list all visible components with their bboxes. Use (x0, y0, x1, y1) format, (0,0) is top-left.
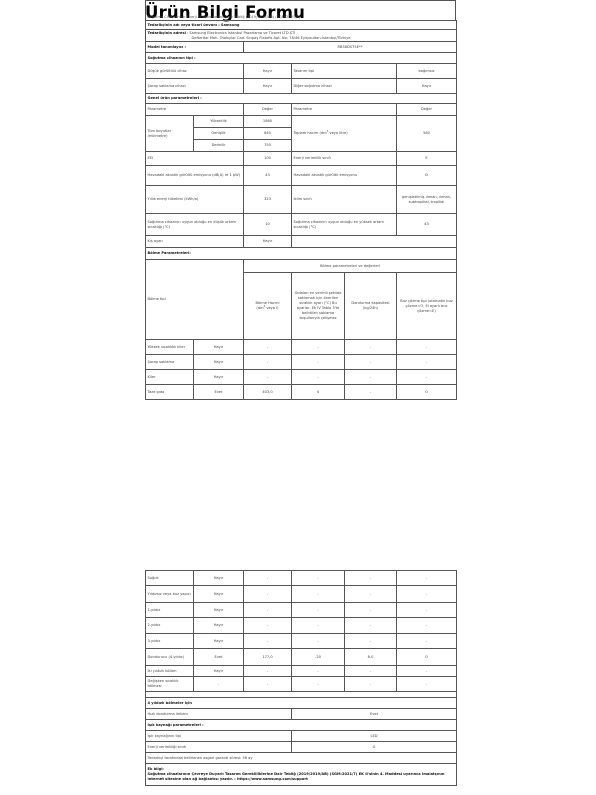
supplier-address-label: Tedarikçinin adresi (148, 31, 186, 35)
total-volume-value: 580 (397, 116, 457, 152)
model-value: RB58DS75E** (244, 42, 457, 53)
compartment-row: Kiler Hayır - - - - (146, 370, 457, 385)
page-subtitle: Soğutma Cihazlarının Enerji Etiketlemesi… (147, 15, 300, 19)
light-class-label: Enerji verimliliği sınıfı (146, 742, 292, 753)
general-param-row: Havadaki akustik gürültü emisyonu (dB(A)… (146, 166, 457, 186)
compartments-heading: Bölme Parametreleri: (146, 248, 457, 260)
dimensions-label: Tüm boyutlar (milimetre) (146, 116, 194, 152)
compartment-row: 3-yıldız Hayır - - - - (146, 634, 457, 649)
compartment-row: İki yıldızlı bölüm Hayır - - - - (146, 666, 457, 677)
supplier-address: Tedarikçinin adresi : Samsung Electronic… (146, 30, 457, 42)
light-heading: Işık kaynağı parametreleri : (146, 720, 457, 731)
appliance-type-row: Düşük gürültülü cihaz Hayır Tasarım tipi… (146, 64, 457, 79)
compartment-row: Yıldızsız veya buz yapıcı Hayır - - - - (146, 586, 457, 603)
general-param-row: Soğutma cihazının uygun olduğu en düşük … (146, 214, 457, 236)
compartment-group-label: Bölme parametreleri ve değerleri (244, 260, 457, 273)
compartment-row: Değişken sıcaklık bölmesi - - - - - (146, 677, 457, 692)
model-label: Model tanımlayıcı : (146, 42, 244, 53)
extra-info-text: Soğutma cihazlarının Çevreye Duyarlı Tas… (148, 772, 455, 782)
light-type-value: LED (292, 731, 457, 742)
supplier-address-line1: : Samsung Electronics İstanbul Pazarlama… (187, 31, 295, 35)
total-volume-label: Toplam hacim (dm3 veya litre) (292, 116, 397, 152)
fast-freeze-label: Hızlı dondurma imkanı (146, 709, 292, 720)
general-params-heading: Genel ürün parametreleri : (146, 94, 457, 104)
general-param-row: Kış ayarı Hayır (146, 236, 457, 248)
compartment-row: Soğuk Hayır - - - - (146, 571, 457, 586)
light-class-value: G (292, 742, 457, 753)
compartment-row: Dondurucu (4-yıldız) Evet 177,0 -20 8,0 … (146, 649, 457, 666)
supplier-address-line2: Defterdar Mah. Otakçılar Cad. Sinpaş Fla… (148, 36, 351, 40)
appliance-type-row: Şarap saklama cihazı Hayır Diğer soğutma… (146, 79, 457, 94)
general-params-header-row: Parametre Değer Parametre Değer (146, 104, 457, 116)
compartment-type-label: Bölme tipi (146, 260, 244, 340)
four-star-heading: 4 yıldızlı bölmeler için (146, 698, 457, 709)
compartment-row: 1-yıldız Hayır - - - - (146, 603, 457, 618)
appliance-type-heading: Soğutma cihazının tipi : (146, 53, 457, 64)
compartment-row: Şarap saklama Hayır - - - - (146, 355, 457, 370)
compartment-row: Yüksek sıcaklıklı kiler Hayır - - - - (146, 340, 457, 355)
product-info-table-page1: Tedarikçinin adı veya ticari ünvanı : Sa… (145, 20, 457, 400)
fast-freeze-value: Evet (292, 709, 457, 720)
compartment-row: 2-yıldız Hayır - - - - (146, 618, 457, 634)
product-info-table-page2: Soğuk Hayır - - - - Yıldızsız veya buz y… (145, 570, 457, 786)
extra-info: Ek bilgi: Soğutma cihazlarının Çevreye D… (146, 764, 457, 786)
general-param-row: EEI 100 Enerji verimlilik sınıfı E (146, 152, 457, 166)
general-param-row: Yıllık enerji tüketimi (kWh/a) 323 İklim… (146, 186, 457, 214)
compartment-row: Taze gıda Evet 403,0 4 - O (146, 385, 457, 400)
warranty-text: Tedarikçi tarafından belirlenen asgari g… (146, 753, 457, 764)
light-type-label: Işık kaynağının tipi (146, 731, 292, 742)
supplier-name: Tedarikçinin adı veya ticari ünvanı : Sa… (146, 21, 457, 30)
